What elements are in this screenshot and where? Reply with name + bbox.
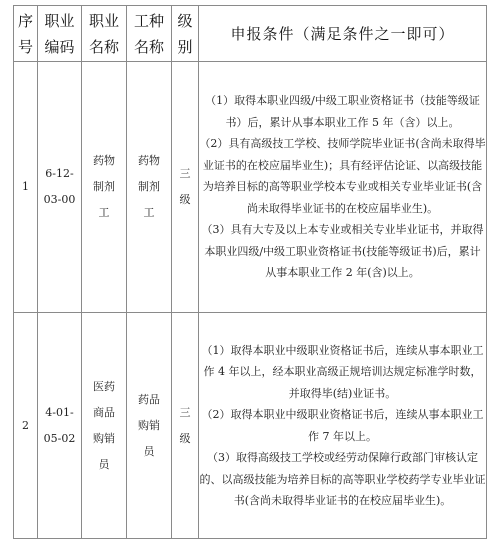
table-row: 1 6-12- 03-00 药物 制剂 工 药物 制剂 工 三 级 （1）取得本… xyxy=(14,62,487,313)
header-job-type: 工种 名称 xyxy=(127,6,172,62)
header-conditions: 申报条件（满足条件之一即可） xyxy=(199,6,487,62)
condition-item: （3）具有大专及以上本专业或相关专业毕业证书，并取得本职业四级/中级工职业资格证… xyxy=(199,219,486,284)
header-occupation-code: 职业 编码 xyxy=(38,6,82,62)
header-row: 序 号 职业 编码 职业 名称 工种 名称 级 别 申报条件（满足条件之一即可） xyxy=(14,6,487,62)
condition-item: （2）取得本职业中级职业资格证书后，连续从事本职业工作 7 年以上。 xyxy=(199,404,486,447)
qualification-requirements-table: 序 号 职业 编码 职业 名称 工种 名称 级 别 申报条件（满足条件之一即可）… xyxy=(13,5,487,539)
cell-code: 6-12- 03-00 xyxy=(38,62,82,313)
condition-item: （1）取得本职业四级/中级工职业资格证书（技能等级证书）后，累计从事本职业工作 … xyxy=(199,90,486,133)
cell-job-type: 药品 购销 员 xyxy=(127,313,172,539)
condition-item: （2）具有高级技工学校、技师学院毕业证书(含尚未取得毕业证书的在校应届毕业生)；… xyxy=(199,133,486,219)
cell-level: 三 级 xyxy=(172,313,199,539)
cell-occupation: 医药 商品 购销 员 xyxy=(82,313,127,539)
cell-level: 三 级 xyxy=(172,62,199,313)
condition-item: （1）取得本职业中级职业资格证书后，连续从事本职业工作 4 年以上，经本职业高级… xyxy=(199,340,486,405)
condition-item: （3）取得高级技工学校或经劳动保障行政部门审核认定的、以高级技能为培养目标的高等… xyxy=(199,447,486,512)
cell-job-type: 药物 制剂 工 xyxy=(127,62,172,313)
cell-occupation: 药物 制剂 工 xyxy=(82,62,127,313)
cell-conditions: （1）取得本职业四级/中级工职业资格证书（技能等级证书）后，累计从事本职业工作 … xyxy=(199,62,487,313)
header-seq: 序 号 xyxy=(14,6,38,62)
header-occupation-name: 职业 名称 xyxy=(82,6,127,62)
cell-conditions: （1）取得本职业中级职业资格证书后，连续从事本职业工作 4 年以上，经本职业高级… xyxy=(199,313,487,539)
cell-seq: 2 xyxy=(14,313,38,539)
header-level: 级 别 xyxy=(172,6,199,62)
cell-code: 4-01- 05-02 xyxy=(38,313,82,539)
table-row: 2 4-01- 05-02 医药 商品 购销 员 药品 购销 员 三 级 （1）… xyxy=(14,313,487,539)
cell-seq: 1 xyxy=(14,62,38,313)
